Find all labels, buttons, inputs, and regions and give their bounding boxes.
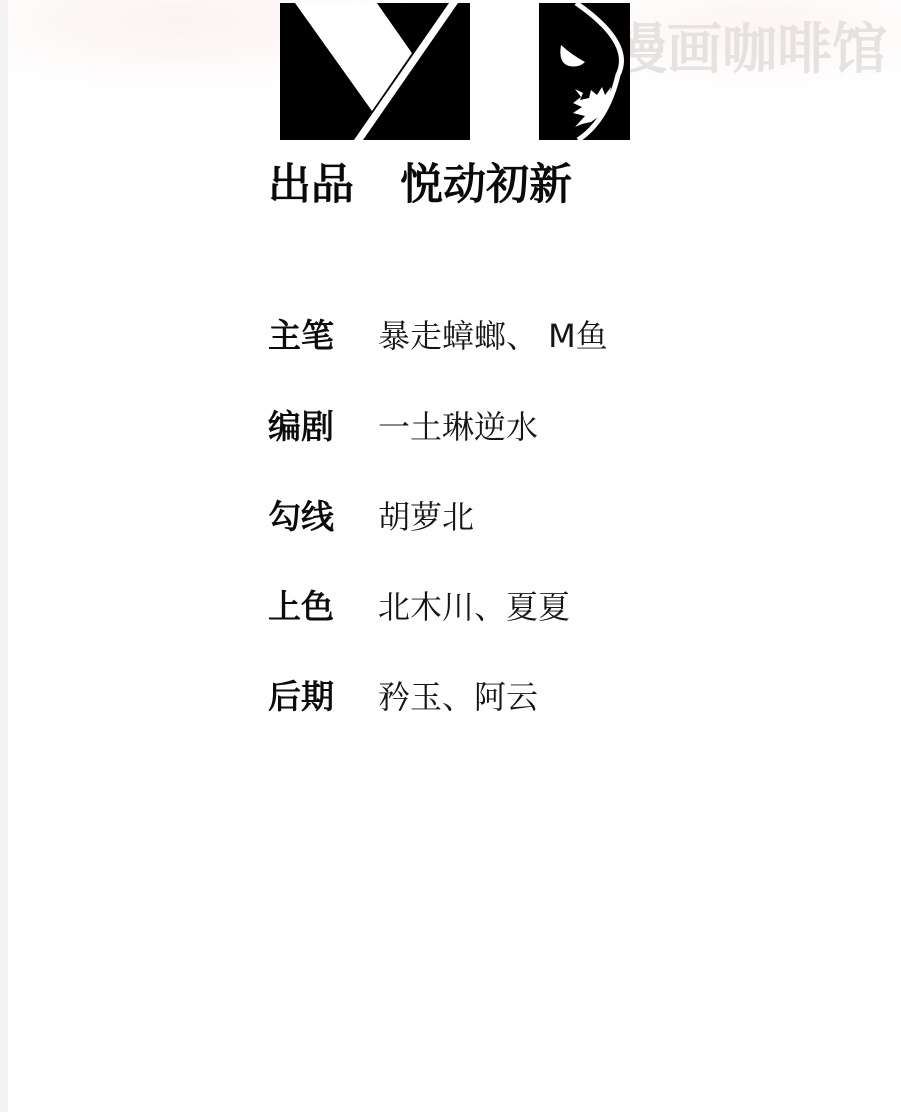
credit-row-coloring: 上色 北木川、夏夏 bbox=[268, 587, 570, 627]
credit-row-screenwriter: 编剧 一土琳逆水 bbox=[268, 407, 538, 447]
producer-row: 出品 悦动初新 bbox=[268, 160, 572, 210]
credit-label: 编剧 bbox=[268, 407, 378, 447]
left-edge-strip bbox=[0, 0, 8, 1112]
credit-value: 暴走蟑螂、 M鱼 bbox=[378, 316, 608, 356]
producer-value: 悦动初新 bbox=[400, 160, 572, 210]
credit-label: 上色 bbox=[268, 587, 378, 627]
credit-row-post-production: 后期 矜玉、阿云 bbox=[268, 677, 538, 717]
producer-label: 出品 bbox=[268, 160, 400, 210]
watermark-text: 漫画咖啡馆 bbox=[612, 14, 887, 84]
d-face-logo-icon bbox=[539, 3, 630, 140]
credit-label: 勾线 bbox=[268, 497, 378, 537]
credit-value: 矜玉、阿云 bbox=[378, 677, 538, 717]
credit-label: 主笔 bbox=[268, 316, 378, 356]
credit-row-lineart: 勾线 胡萝北 bbox=[268, 497, 474, 537]
my-logo-icon bbox=[280, 3, 470, 140]
credit-row-main-artist: 主笔 暴走蟑螂、 M鱼 bbox=[268, 316, 608, 356]
credit-value: 北木川、夏夏 bbox=[378, 587, 570, 627]
credit-value: 胡萝北 bbox=[378, 497, 474, 537]
credit-label: 后期 bbox=[268, 677, 378, 717]
credit-value: 一土琳逆水 bbox=[378, 407, 538, 447]
